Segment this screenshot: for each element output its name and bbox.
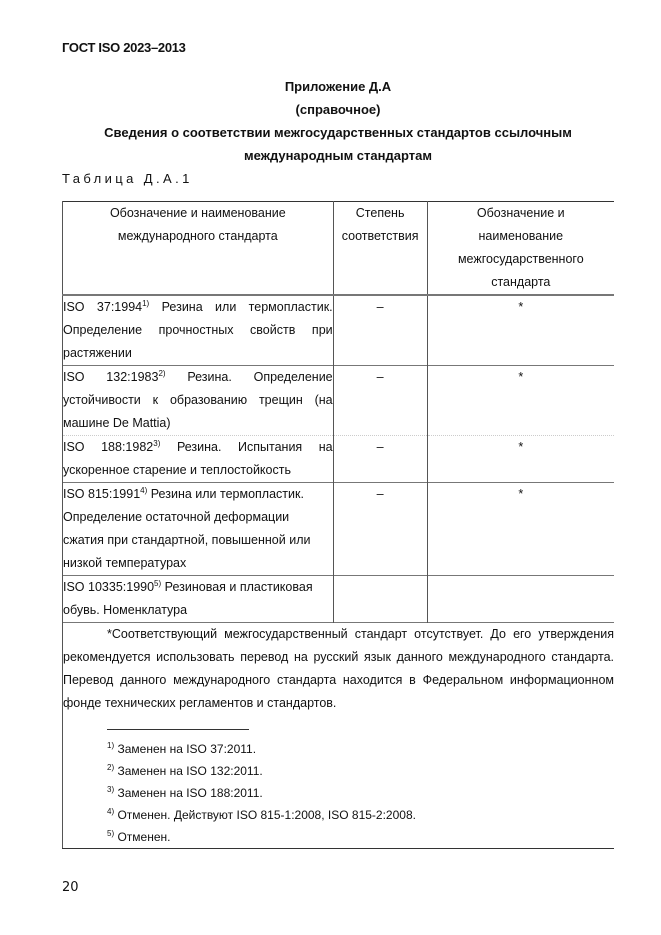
footnote: 5) Отменен. bbox=[107, 826, 614, 848]
table-note-cell: *Соответствующий межгосударственный стан… bbox=[63, 623, 615, 849]
interstate-standard-cell: * bbox=[427, 366, 614, 436]
table-label: Таблица Д.А.1 bbox=[62, 171, 193, 186]
footnote: 2) Заменен на ISO 132:2011. bbox=[107, 760, 614, 782]
international-standard-cell: ISO 815:19914) Резина или термопластик. … bbox=[63, 483, 334, 576]
degree-cell: – bbox=[333, 366, 427, 436]
table-row: ISO 132:19832) Резина. Определение устой… bbox=[63, 366, 615, 436]
document-code: ГОСТ ISO 2023–2013 bbox=[62, 40, 186, 55]
table-note-row: *Соответствующий межгосударственный стан… bbox=[63, 623, 615, 849]
column-header-degree: Степень соответствия bbox=[333, 202, 427, 296]
interstate-standard-cell: * bbox=[427, 295, 614, 366]
interstate-standard-cell: * bbox=[427, 436, 614, 483]
column-header-international: Обозначение и наименование международног… bbox=[63, 202, 334, 296]
international-standard-cell: ISO 188:19823) Резина. Испытания на уско… bbox=[63, 436, 334, 483]
table-header-row: Обозначение и наименование международног… bbox=[63, 202, 615, 296]
interstate-standard-cell bbox=[427, 576, 614, 623]
appendix-heading-line2: международным стандартам bbox=[62, 148, 614, 163]
footnote: 4) Отменен. Действуют ISO 815-1:2008, IS… bbox=[107, 804, 614, 826]
degree-cell: – bbox=[333, 436, 427, 483]
appendix-title: Приложение Д.А bbox=[62, 79, 614, 94]
footnote-separator bbox=[107, 729, 249, 738]
appendix-heading-line1: Сведения о соответствии межгосударственн… bbox=[62, 125, 614, 140]
footnote: 3) Заменен на ISO 188:2011. bbox=[107, 782, 614, 804]
international-standard-cell: ISO 10335:19905) Резиновая и пластиковая… bbox=[63, 576, 334, 623]
table-row: ISO 10335:19905) Резиновая и пластиковая… bbox=[63, 576, 615, 623]
interstate-standard-cell: * bbox=[427, 483, 614, 576]
degree-cell: – bbox=[333, 483, 427, 576]
appendix-subtitle: (справочное) bbox=[62, 102, 614, 117]
table-row: ISO 188:19823) Резина. Испытания на уско… bbox=[63, 436, 615, 483]
international-standard-cell: ISO 132:19832) Резина. Определение устой… bbox=[63, 366, 334, 436]
correspondence-table: Обозначение и наименование международног… bbox=[62, 201, 614, 849]
degree-cell: – bbox=[333, 295, 427, 366]
degree-cell bbox=[333, 576, 427, 623]
column-header-interstate: Обозначение и наименование межгосударств… bbox=[427, 202, 614, 296]
international-standard-cell: ISO 37:19941) Резина или термопластик. О… bbox=[63, 295, 334, 366]
footnote: 1) Заменен на ISO 37:2011. bbox=[107, 738, 614, 760]
page-number: 20 bbox=[62, 880, 79, 895]
table-row: ISO 815:19914) Резина или термопластик. … bbox=[63, 483, 615, 576]
table-note: *Соответствующий межгосударственный стан… bbox=[63, 623, 614, 715]
table-row: ISO 37:19941) Резина или термопластик. О… bbox=[63, 295, 615, 366]
